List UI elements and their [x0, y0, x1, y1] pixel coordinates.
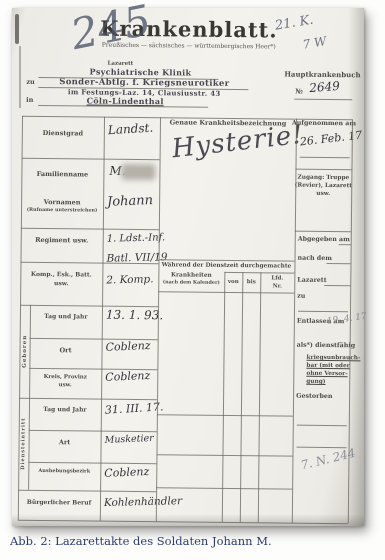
- label-geboren-ort: Ort: [59, 347, 71, 354]
- subtable-col-main-sub: (nach dem Kalender): [163, 280, 220, 286]
- grid-line: [300, 157, 350, 159]
- label-regiment: Regiment usw.: [35, 237, 88, 245]
- grid-line: [297, 447, 347, 449]
- option-line-4: gung): [306, 379, 325, 386]
- grid-line: [295, 231, 351, 233]
- label-geboren-kreis-sub: usw.: [59, 382, 72, 388]
- label-de-tag: Tag und Jahr: [43, 407, 86, 414]
- grid-line: [100, 117, 105, 521]
- grid-line: [28, 462, 156, 464]
- label-vornamen-sub: (Rufname unterstreichen): [27, 208, 98, 214]
- grid-line: [258, 272, 262, 522]
- value-beruf: Kohlenhändler: [104, 496, 182, 509]
- grid-line: [29, 368, 157, 370]
- scan-right-edge-shadow: [348, 8, 364, 526]
- grid-line: [29, 430, 157, 432]
- subtable-col-bis: bis: [247, 279, 256, 285]
- grid-line: [18, 490, 156, 492]
- label-komp-sub: usw.: [54, 281, 68, 288]
- value-geboren-tag: 13. 1. 93.: [106, 309, 163, 323]
- label-komp: Komp., Esk., Batt.: [31, 272, 92, 279]
- grid-line: [158, 291, 294, 293]
- value-geboren-ort: Coblenz: [105, 340, 150, 354]
- grid-line: [30, 338, 158, 340]
- grid-line: [295, 169, 351, 171]
- form-sheet: Krankenblatt. Preußisches — sächsisches …: [8, 8, 365, 530]
- page: Krankenblatt. Preußisches — sächsisches …: [0, 0, 385, 560]
- als-dienstfaehig-label: als*) dienstfähig: [297, 343, 356, 351]
- subtable-col-main: Krankheiten: [171, 272, 212, 279]
- value-dienstgrad: Landst.: [108, 122, 154, 138]
- gestorben-label: Gestorben: [296, 394, 332, 401]
- nach-dem-label: nach dem: [297, 256, 331, 263]
- grid-line: [20, 262, 158, 264]
- grid-line: [156, 487, 292, 489]
- label-de-art: Art: [59, 439, 71, 446]
- grid-line: [159, 259, 295, 261]
- grid-line: [20, 305, 158, 307]
- aufgenommen-label: Aufgenommen am: [292, 121, 356, 129]
- grid-line: [21, 228, 159, 230]
- grid-line: [297, 425, 347, 427]
- subtable-title: Während der Dienstzeit durchgemachte: [162, 262, 292, 270]
- lazarett-field-label: Lazarett: [297, 278, 326, 285]
- zu-field-label: zu: [297, 294, 305, 301]
- label-geboren-kreis: Kreis, Provinz: [44, 374, 87, 381]
- grid-line: [38, 105, 208, 108]
- grid-line: [222, 272, 226, 522]
- hauptkrankenbuch-number: 2649: [309, 80, 340, 95]
- diagnosis-entry: Hysterie!: [171, 121, 305, 164]
- label-beruf: Bürgerlicher Beruf: [27, 500, 91, 507]
- hauptkrankenbuch-no-label: №: [295, 88, 303, 96]
- grid-line: [326, 263, 350, 264]
- scan-bottom-edge-shadow: [12, 514, 364, 526]
- grid-line: [19, 398, 157, 400]
- grid-line: [240, 272, 244, 522]
- value-vornamen: Johann: [107, 194, 153, 210]
- option-line-2: bar (mit oder: [306, 363, 349, 370]
- label-geboren-tag: Tag und Jahr: [44, 314, 87, 321]
- label-dienstgrad: Dienstgrad: [43, 130, 83, 138]
- subtable-col-lfd-2: Nr.: [273, 283, 282, 289]
- value-de-art: Musketier: [104, 434, 154, 446]
- zugang-line-2: (Revier), Lazarett: [295, 183, 352, 190]
- label-familienname: Familienname: [37, 171, 89, 179]
- grid-line: [157, 414, 293, 416]
- figure-caption: Abb. 2: Lazarettakte des Soldaten Johann…: [10, 534, 272, 548]
- grid-line: [156, 454, 292, 456]
- subtable-col-von: von: [228, 279, 239, 285]
- pencil-note-top-right-2: 7 W: [302, 35, 328, 52]
- redaction-blur: [121, 164, 155, 180]
- zugang-line-3: usw.: [316, 191, 330, 198]
- grid-line: [294, 99, 352, 101]
- zugang-line-1: Zugang: Truppe: [298, 175, 350, 182]
- value-de-tag: 31. III. 17.: [105, 401, 164, 417]
- in-label: in: [26, 97, 33, 104]
- label-vornamen: Vornamen: [44, 199, 81, 207]
- value-regiment: 1. Ldst.-Inf.: [107, 232, 166, 244]
- grid-line: [22, 158, 160, 160]
- option-line-3: ohne Versor-: [306, 371, 347, 378]
- scanned-document: Krankenblatt. Preußisches — sächsisches …: [12, 8, 364, 526]
- label-de-bezirk: Aushebungsbezirk: [38, 469, 90, 475]
- zu-label: zu: [26, 79, 34, 86]
- value-de-bezirk: Coblenz: [104, 466, 149, 480]
- stamp-line-1: Psychiatrische Klinik: [90, 67, 192, 77]
- value-komp: 2. Komp.: [106, 274, 154, 287]
- grid-line: [298, 311, 348, 313]
- grid-line: [324, 285, 350, 286]
- value-geboren-kreis: Coblenz: [105, 370, 150, 384]
- subtable-col-lfd-1: Lfd.: [271, 275, 283, 281]
- abgegeben-label: Abgegeben am: [298, 237, 350, 244]
- pencil-note-top-right: 21. K.: [274, 14, 314, 34]
